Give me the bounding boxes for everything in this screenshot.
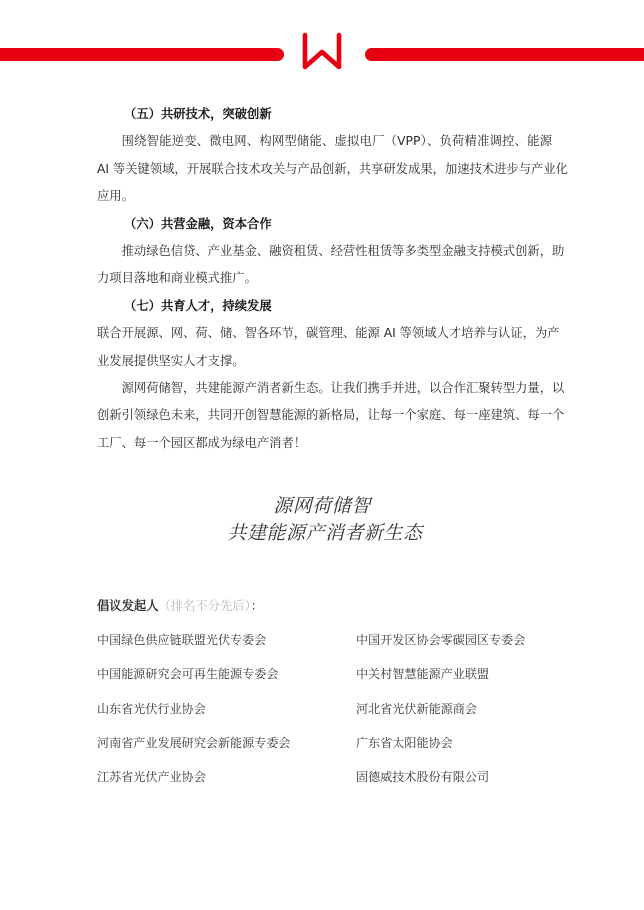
document-body: （五）共研技术，突破创新 围绕智能逆变、微电网、构网型储能、虚拟电厂（VPP）、… [97, 101, 552, 457]
sponsors-label: 倡议发起人（排名不分先后）： [97, 598, 263, 615]
paragraph-line: 应用。 [97, 183, 552, 210]
paragraph-line: 业发展提供坚实人才支撑。 [97, 348, 552, 375]
sponsors-list-left: 中国绿色供应链联盟光伏专委会 中国能源研究会可再生能源专委会 山东省光伏行业协会… [97, 631, 291, 802]
sponsor-item: 河南省产业发展研究会新能源专委会 [97, 734, 291, 768]
sponsor-item: 山东省光伏行业协会 [97, 700, 291, 734]
paragraph-line: 围绕智能逆变、微电网、构网型储能、虚拟电厂（VPP）、负荷精准调控、能源 [97, 128, 552, 155]
paragraph-line: AI 等关键领域，开展联合技术攻关与产品创新，共享研发成果，加速技术进步与产业化 [97, 156, 552, 183]
sponsors-colon: ： [251, 599, 263, 613]
calligraphy-slogan-line-1: 源网荷储智 [0, 491, 644, 518]
sponsor-item: 广东省太阳能协会 [356, 734, 525, 768]
closing-paragraph-line: 创新引领绿色未来，共同开创智慧能源的新格局，让每一个家庭、每一座建筑、每一个 [97, 402, 552, 429]
calligraphy-slogan-line-2: 共建能源产消者新生态 [0, 518, 644, 545]
w-logo-icon [299, 31, 345, 73]
sponsors-label-text: 倡议发起人 [97, 599, 159, 613]
header-red-bar-right [365, 48, 644, 61]
sponsor-item: 中关村智慧能源产业联盟 [356, 665, 525, 699]
sponsor-item: 中国开发区协会零碳园区专委会 [356, 631, 525, 665]
paragraph-line: 联合开展源、网、荷、储、智各环节，碳管理、能源 AI 等领域人才培养与认证，为产 [97, 320, 552, 347]
sponsors-list-right: 中国开发区协会零碳园区专委会 中关村智慧能源产业联盟 河北省光伏新能源商会 广东… [356, 631, 525, 802]
sponsor-item: 河北省光伏新能源商会 [356, 700, 525, 734]
section-heading-6: （六）共营金融，资本合作 [97, 211, 552, 238]
closing-paragraph-line: 工厂、每一个园区都成为绿电产消者！ [97, 430, 552, 457]
paragraph-line: 推动绿色信贷、产业基金、融资租赁、经营性租赁等多类型金融支持模式创新，助 [97, 238, 552, 265]
sponsor-item: 江苏省光伏产业协会 [97, 768, 291, 802]
sponsor-item: 固德威技术股份有限公司 [356, 768, 525, 802]
closing-paragraph-line: 源网荷储智，共建能源产消者新生态。让我们携手并进，以合作汇聚转型力量，以 [97, 375, 552, 402]
header-red-bar-left [0, 48, 284, 61]
paragraph-line: 力项目落地和商业模式推广。 [97, 265, 552, 292]
section-heading-5: （五）共研技术，突破创新 [97, 101, 552, 128]
section-heading-7: （七）共育人才，持续发展 [97, 293, 552, 320]
sponsors-order-note: （排名不分先后） [159, 599, 251, 613]
sponsor-item: 中国能源研究会可再生能源专委会 [97, 665, 291, 699]
sponsor-item: 中国绿色供应链联盟光伏专委会 [97, 631, 291, 665]
